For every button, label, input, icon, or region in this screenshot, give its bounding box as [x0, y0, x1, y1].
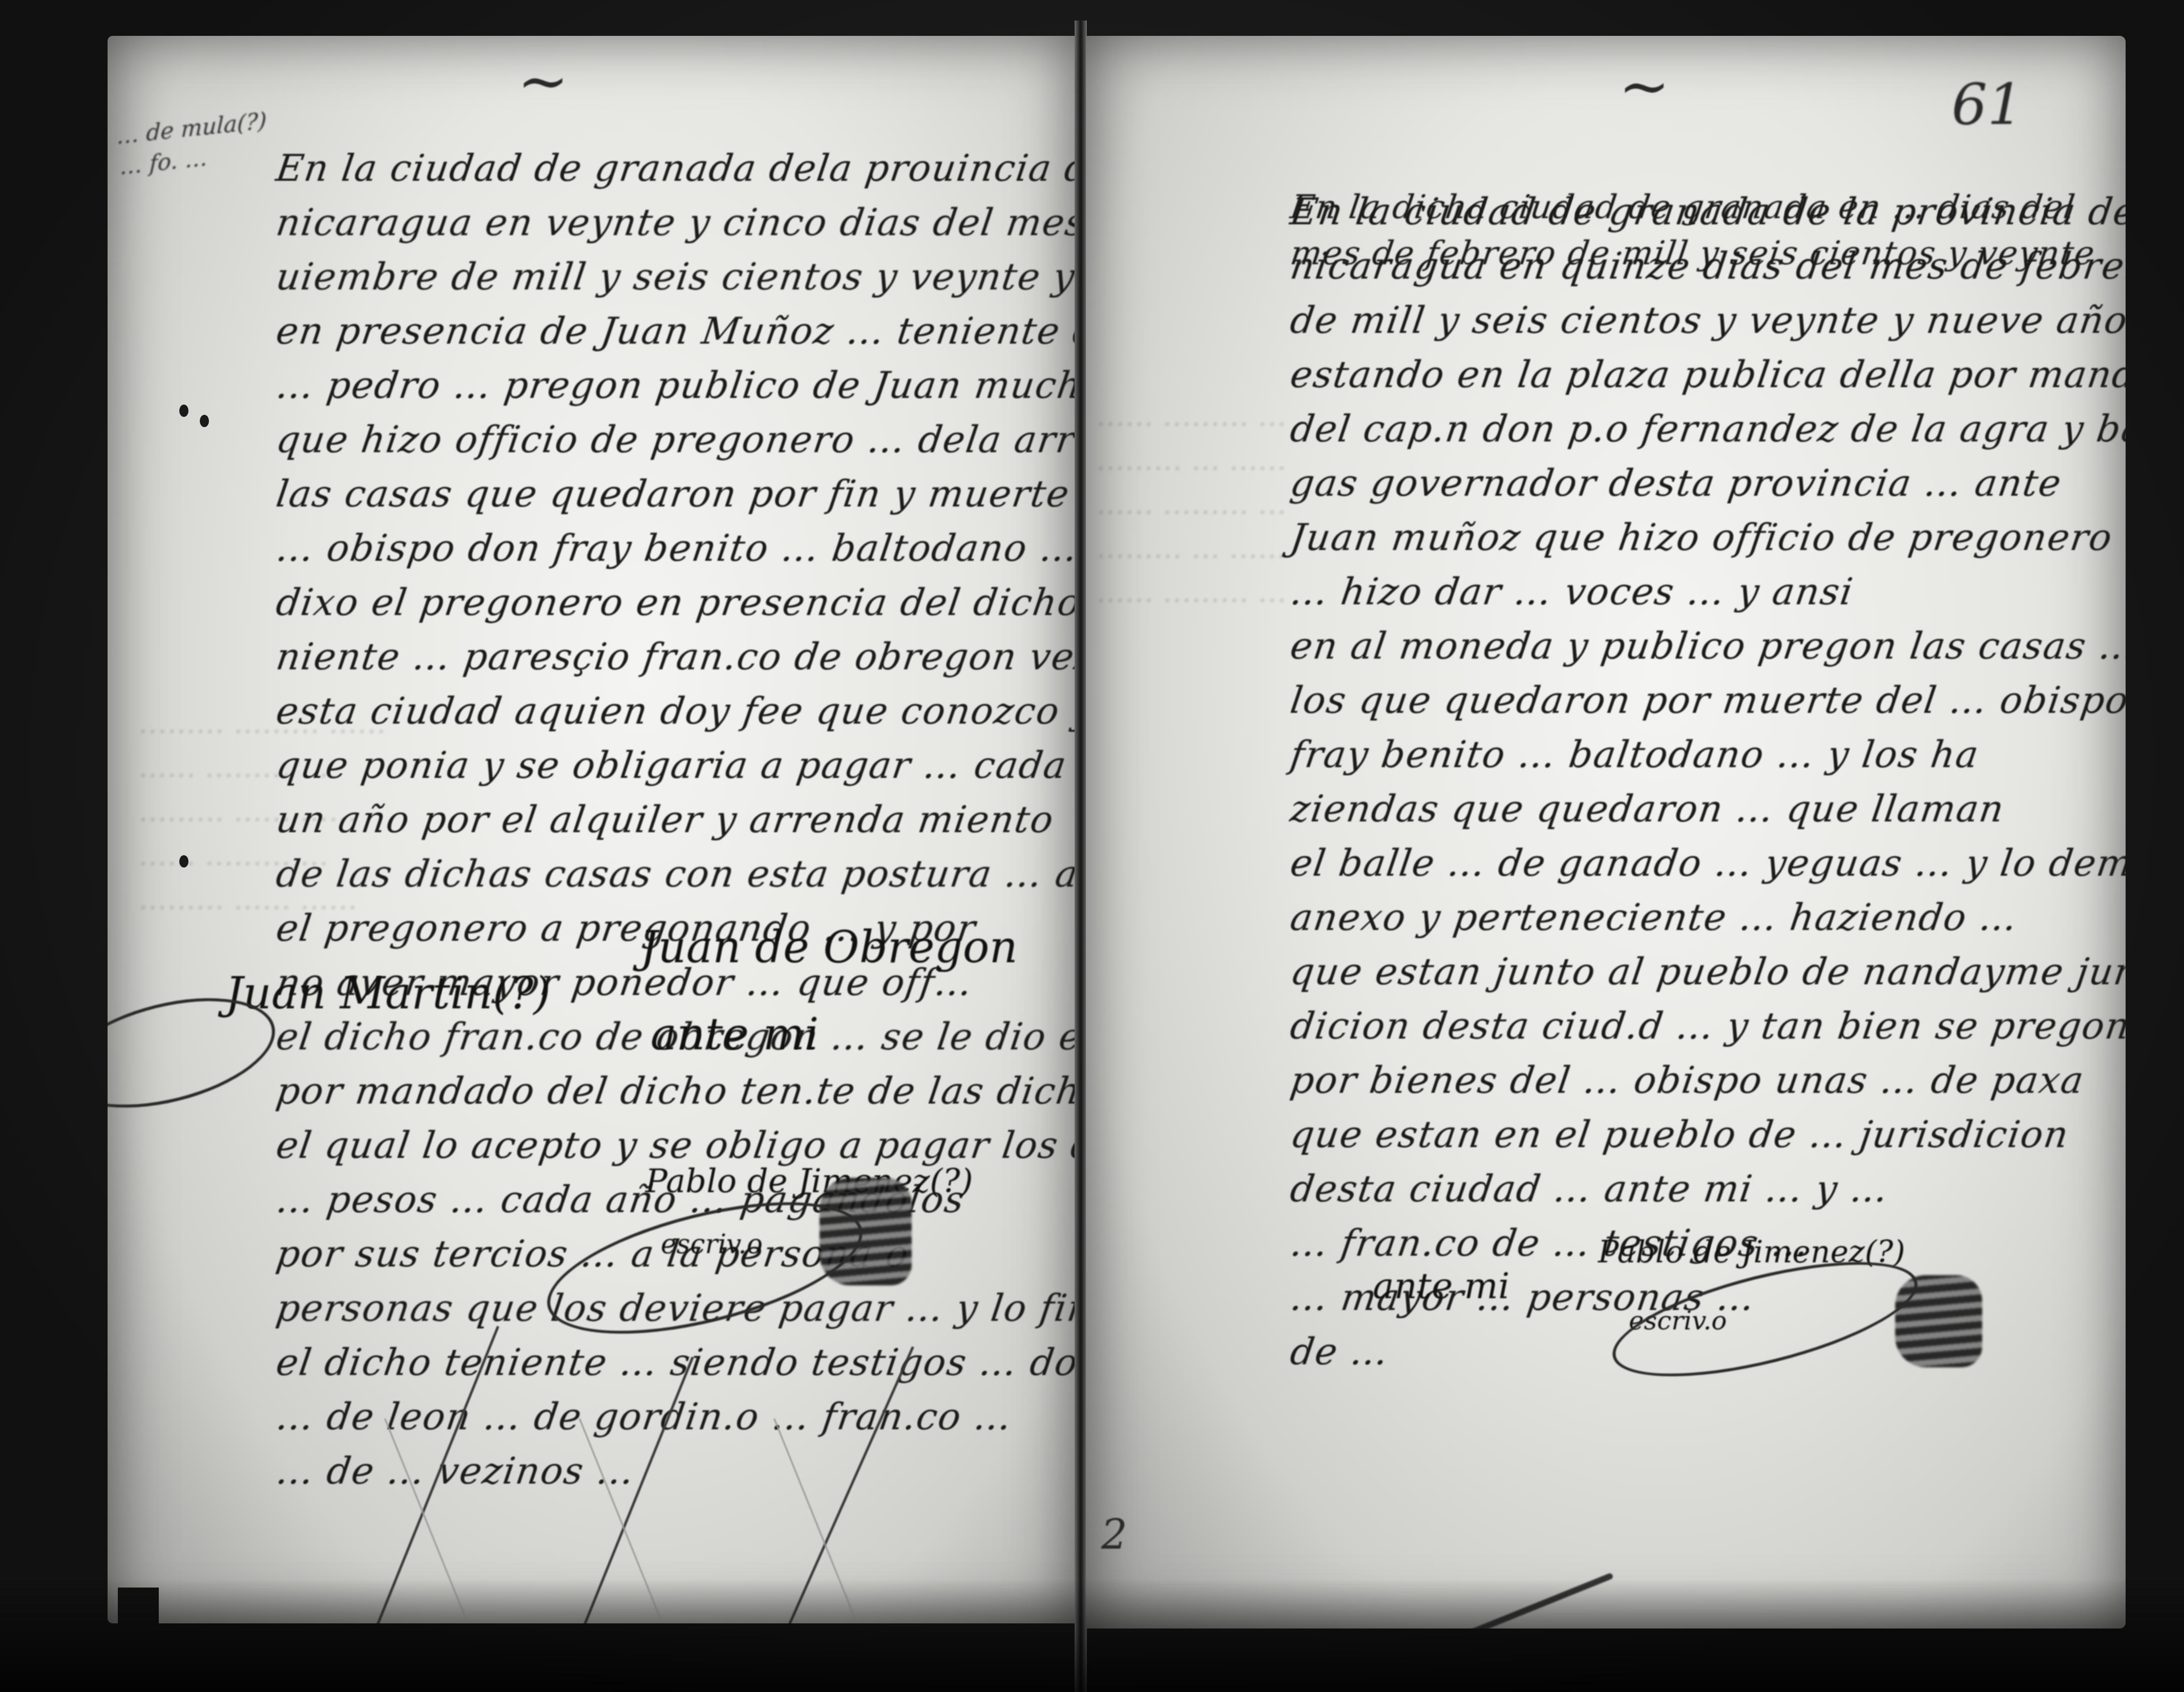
manuscript-line: del cap.n don p.o fernandez de la agra y…	[1287, 401, 2126, 456]
manuscript-line: ziendas que quedaron … que llaman	[1287, 781, 2126, 836]
manuscript-line: gas governador desta provincia … ante	[1287, 456, 2126, 510]
manuscript-line: En la dicha ciudad de granada en … dias …	[1288, 184, 2126, 230]
right-page-top-mark: ~	[1619, 51, 1670, 122]
book-gutter	[1075, 20, 1087, 1692]
ink-dot	[200, 415, 209, 427]
manuscript-line: anexo y perteneciente … haziendo …	[1287, 890, 2126, 944]
manuscript-line: mes de febrero de mill y seis cientos y …	[1288, 230, 2126, 277]
manuscript-line: de mill y seis cientos y veynte y nueve …	[1287, 293, 2126, 347]
gutter-mark: 2	[1101, 1511, 1127, 1558]
left-page: ~ … de mula(?) … fo. … ……… ……… ………… ……… …	[108, 36, 1076, 1623]
manuscript-line: que hizo officio de pregonero … dela arr…	[273, 412, 1076, 467]
manuscript-line: estando en la plaza publica della por ma…	[1287, 347, 2126, 401]
ink-dot	[179, 405, 188, 417]
signature-3: ante mi	[650, 1009, 819, 1060]
manuscript-line: las casas que quedaron por fin y muerte …	[273, 467, 1076, 521]
manuscript-line: uiembre de mill y seis cientos y veynte …	[273, 249, 1076, 304]
manuscript-line: en presencia de Juan Muñoz … teniente de	[273, 304, 1076, 358]
right-page-body: En la ciudad de granada de la provincia …	[1291, 184, 2126, 1379]
manuscript-line: en al moneda y publico pregon las casas …	[1287, 619, 2126, 673]
bleed-through-text: …… ……… ………… … ………… ……… ………… … ………… ……… …	[1096, 394, 1287, 615]
manuscript-line: los que quedaron por muerte del … obispo…	[1287, 673, 2126, 727]
manuscript-line: … de … vezinos …	[273, 1444, 1076, 1498]
manuscript-line: que estan en el pueblo de … jurisdicion	[1287, 1107, 2126, 1161]
bottom-entry: En la dicha ciudad de granada en … dias …	[1291, 184, 2126, 277]
manuscript-line: un año por el alquiler y arrenda miento	[273, 792, 1076, 847]
manuscript-line: por bienes del … obispo unas … de paxa	[1287, 1053, 2126, 1107]
manuscript-line: el balle … de ganado … yeguas … y lo dem…	[1287, 836, 2126, 890]
ink-dot	[179, 855, 188, 868]
manuscript-line: por mandado del dicho ten.te de las dich…	[273, 1064, 1076, 1118]
left-margin-note: … de mula(?) … fo. …	[115, 104, 285, 183]
manuscript-line: el dicho teniente … siendo testigos … do…	[273, 1335, 1076, 1389]
manuscript-line: … obispo don fray benito … baltodano … l…	[273, 521, 1076, 575]
manuscript-line: desta ciudad … ante mi … y …	[1287, 1161, 2126, 1216]
manuscript-line: que ponia y se obligaria a pagar … cada	[273, 738, 1076, 792]
signature-4: Pablo de Jimenez(?)	[645, 1162, 973, 1200]
signature-ante-mi: ante mi	[1373, 1265, 1509, 1307]
manuscript-line: dixo el pregonero en presencia del dicho…	[273, 575, 1076, 629]
manuscript-line: … de leon … de gordin.o … fran.co …	[273, 1389, 1076, 1444]
manuscript-line: dicion desta ciud.d … y tan bien se preg…	[1287, 999, 2126, 1053]
manuscript-line: de las dichas casas con esta postura … a…	[273, 847, 1076, 901]
manuscript-line: que estan junto al pueblo de nandayme ju…	[1287, 944, 2126, 999]
manuscript-line: nicaragua en veynte y cinco dias del mes…	[273, 195, 1076, 249]
right-page: ~ 61 …… ……… ………… … ………… ……… ………… … ………… …	[1086, 36, 2126, 1628]
scan-bottom-shadow	[0, 1579, 2184, 1692]
manuscript-line: esta ciudad aquien doy fee que conozco y…	[273, 684, 1076, 738]
manuscript-line: … pedro … pregon publico de Juan muchos	[273, 358, 1076, 412]
manuscript-line: … hizo dar … voces … y ansi	[1287, 564, 2126, 619]
manuscript-line: En la ciudad de granada dela prouincia d…	[273, 141, 1076, 195]
manuscript-line: fray benito … baltodano … y los ha	[1287, 727, 2126, 781]
left-page-top-mark: ~	[517, 46, 569, 117]
folio-number: 61	[1951, 72, 2023, 137]
manuscript-line: Juan muñoz que hizo officio de pregonero	[1287, 510, 2126, 564]
signature-2: Juan de Obregon	[640, 922, 1018, 973]
signature-1: Juan Martin(?)	[225, 968, 551, 1019]
manuscript-line: niente … paresçio fran.co de obregon vez…	[273, 629, 1076, 684]
